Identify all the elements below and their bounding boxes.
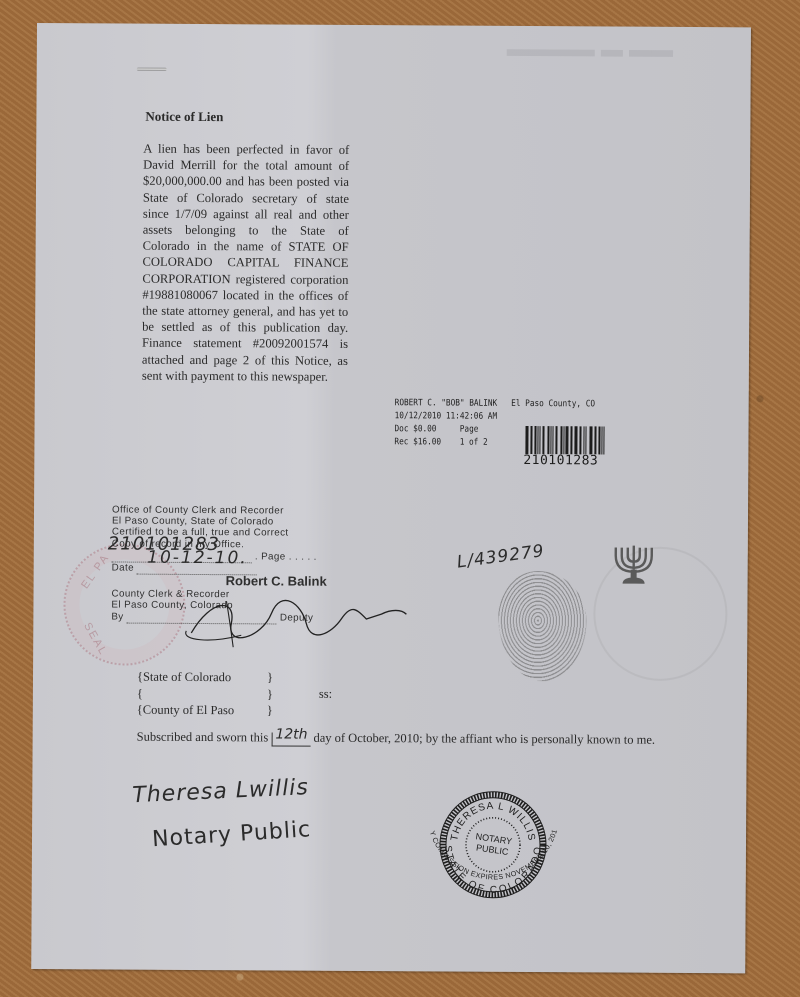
notice-title: Notice of Lien [145,109,349,126]
staple [137,68,167,71]
clerk-certification: Office of County Clerk and Recorder El P… [111,504,372,624]
venue-state: {State of Colorado [137,669,267,686]
doc-fee: $0.00 [413,424,436,434]
fingerprint [498,571,587,682]
seal-text-top: EL PA [79,552,112,592]
clerk-name: Robert C. Balink [226,575,327,587]
jurat-day: 12th [275,726,307,743]
notary-handwritten-title: Notary Public [151,817,311,852]
venue-brace-1: } [267,669,315,686]
cert-page-label: Page [261,551,286,562]
page-label: Page [460,425,479,435]
notary-seal: THERESA L WILLIS STATE OF COLORADO NOTAR… [427,778,560,911]
recorder-line-1: ROBERT C. "BOB" BALINK El Paso County, C… [395,397,601,411]
barcode-bar [604,426,606,454]
cert-date-label: Date [112,562,134,573]
cert-by-label: By [111,611,123,622]
jurat-suffix: day of October, 2010; by the affiant who… [313,731,655,747]
menorah-icon [609,542,659,586]
deputy-signature [181,593,411,649]
venue-county: {County of El Paso [137,702,267,719]
document-page: ▬▬▬▬ ▬ ▬▬ Notice of Lien A lien has been… [31,23,751,973]
rec-fee: $16.00 [413,437,441,447]
reception-number: 210101283 [523,453,598,468]
venue-brace-2: } [267,686,315,703]
notice-body: A lien has been perfected in favor of Da… [142,141,349,385]
jurat: Subscribed and sworn this 12th day of Oc… [137,729,657,749]
jurat-day-field: 12th [271,732,310,746]
venue-blank: { [137,685,267,702]
page-of: 1 of 2 [460,438,488,448]
notary-signature: Theresa Lwillis [132,775,310,808]
venue-block: {State of Colorado} {} {County of El Pas… [137,669,315,720]
seal-text-bottom: SEAL [81,621,109,658]
handwritten-code: L/439279 [456,541,546,573]
venue-ss: ss: [319,686,332,703]
venue-brace-3: } [267,702,315,719]
recorder-name: ROBERT C. "BOB" BALINK [395,398,498,409]
recorder-county: El Paso County, CO [511,399,595,410]
notice-of-lien: Notice of Lien A lien has been perfected… [142,109,350,385]
jurat-prefix: Subscribed and sworn this [137,730,269,745]
recorder-datetime: 10/12/2010 11:42:06 AM [395,410,601,424]
barcode [525,426,653,455]
rec-label: Rec [394,437,408,447]
bleed-through-text: ▬▬▬▬ ▬ ▬▬ [507,36,673,63]
doc-label: Doc [394,424,408,434]
handwritten-date: 10-12-10. [147,553,248,565]
